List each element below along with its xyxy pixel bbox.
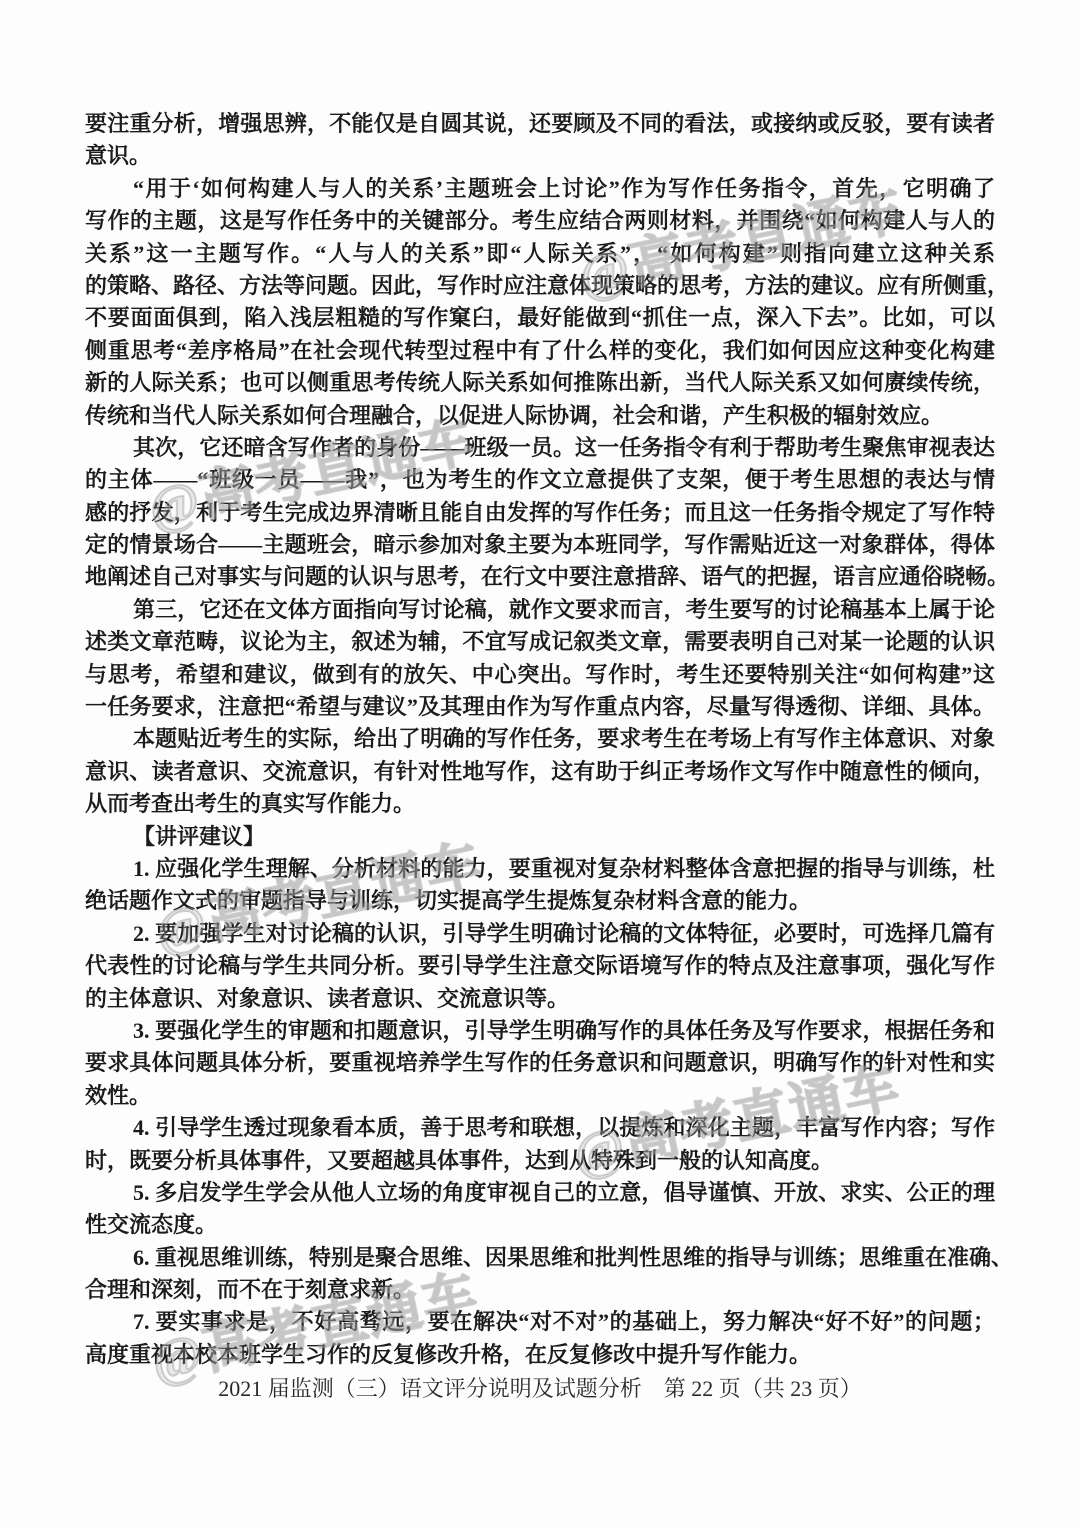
text-line: 关系”这一主题写作。“人与人的关系”即“人际关系”，“如何构建”则指向建立这种关… (85, 238, 995, 270)
text-line: 代表性的讨论稿与学生共同分析。要引导学生注意交际语境写作的特点及注意事项，强化写… (85, 950, 995, 982)
text-line: 6. 重视思维训练，特别是聚合思维、因果思维和批判性思维的指导与训练；思维重在准… (85, 1242, 995, 1274)
text-line: 定的情景场合——主题班会，暗示参加对象主要为本班同学，写作需贴近这一对象群体，得… (85, 529, 995, 561)
text-line: 要求具体问题具体分析，要重视培养学生写作的任务意识和问题意识，明确写作的针对性和… (85, 1047, 995, 1079)
text-line: 其次，它还暗含写作者的身份——班级一员。这一任务指令有利于帮助考生聚焦审视表达 (85, 432, 995, 464)
text-line: 2. 要加强学生对讨论稿的认识，引导学生明确讨论稿的文体特征，必要时，可选择几篇… (85, 918, 995, 950)
text-line: 一任务要求，注意把“希望与建议”及其理由作为写作重点内容，尽量写得透彻、详细、具… (85, 691, 995, 723)
text-line: 地阐述自己对事实与问题的认识与思考，在行文中要注意措辞、语气的把握，语言应通俗晓… (85, 561, 995, 593)
text-line: 与思考，希望和建议，做到有的放矢、中心突出。写作时，考生还要特别关注“如何构建”… (85, 659, 995, 691)
text-line: 从而考查出考生的真实写作能力。 (85, 788, 995, 820)
text-line: 3. 要强化学生的审题和扣题意识，引导学生明确写作的具体任务及写作要求，根据任务… (85, 1015, 995, 1047)
text-line: 的策略、路径、方法等问题。因此，写作时应注意体现策略的思考，方法的建议。应有所侧… (85, 270, 995, 302)
scanned-document-page: 要注重分析，增强思辨，不能仅是自圆其说，还要顾及不同的看法，或接纳或反驳，要有读… (0, 0, 1080, 1528)
text-line: 不要面面俱到，陷入浅层粗糙的写作窠臼，最好能做到“抓住一点，深入下去”。比如，可… (85, 302, 995, 334)
text-line: 4. 引导学生透过现象看本质，善于思考和联想，以提炼和深化主题，丰富写作内容；写… (85, 1112, 995, 1144)
text-line: “用于‘如何构建人与人的关系’主题班会上讨论”作为写作任务指令，首先，它明确了 (85, 173, 995, 205)
text-line: 的主体意识、对象意识、读者意识、交流意识等。 (85, 983, 995, 1015)
text-line: 1. 应强化学生理解、分析材料的能力，要重视对复杂材料整体含意把握的指导与训练，… (85, 853, 995, 885)
text-line: 要注重分析，增强思辨，不能仅是自圆其说，还要顾及不同的看法，或接纳或反驳，要有读… (85, 108, 995, 140)
text-line: 第三，它还在文体方面指向写讨论稿，就作文要求而言，考生要写的讨论稿基本上属于论 (85, 594, 995, 626)
text-line: 高度重视本校本班学生习作的反复修改升格，在反复修改中提升写作能力。 (85, 1339, 995, 1371)
text-line: 意识、读者意识、交流意识，有针对性地写作，这有助于纠正考场作文写作中随意性的倾向… (85, 756, 995, 788)
text-line: 新的人际关系；也可以侧重思考传统人际关系如何推陈出新，当代人际关系又如何赓续传统… (85, 367, 995, 399)
text-line: 侧重思考“差序格局”在社会现代转型过程中有了什么样的变化，我们如何因应这种变化构… (85, 335, 995, 367)
text-line: 感的抒发，利于考生完成边界清晰且能自由发挥的写作任务；而且这一任务指令规定了写作… (85, 497, 995, 529)
text-line: 述类文章范畴，议论为主，叙述为辅，不宜写成记叙类文章，需要表明自己对某一论题的认… (85, 626, 995, 658)
text-line: 的主体——“班级一员——我”，也为考生的作文立意提供了支架，便于考生思想的表达与… (85, 464, 995, 496)
text-line: 写作的主题，这是写作任务中的关键部分。考生应结合两则材料，并围绕“如何构建人与人… (85, 205, 995, 237)
text-line: 绝话题作文式的审题指导与训练，切实提高学生提炼复杂材料含意的能力。 (85, 885, 995, 917)
text-line: 时，既要分析具体事件，又要超越具体事件，达到从特殊到一般的认知高度。 (85, 1145, 995, 1177)
text-line: 效性。 (85, 1080, 995, 1112)
text-line: 合理和深刻，而不在于刻意求新。 (85, 1274, 995, 1306)
page-footer: 2021 届监测（三）语文评分说明及试题分析 第 22 页（共 23 页） (0, 1372, 1080, 1403)
text-line: 7. 要实事求是，不好高骛远，要在解决“对不对”的基础上，努力解决“好不好”的问… (85, 1306, 995, 1338)
text-line: 性交流态度。 (85, 1209, 995, 1241)
text-line: 意识。 (85, 140, 995, 172)
text-line: 本题贴近考生的实际，给出了明确的写作任务，要求考生在考场上有写作主体意识、对象 (85, 723, 995, 755)
text-line: 5. 多启发学生学会从他人立场的角度审视自己的立意，倡导谨慎、开放、求实、公正的… (85, 1177, 995, 1209)
text-line: 传统和当代人际关系如何合理融合，以促进人际协调，社会和谐，产生积极的辐射效应。 (85, 400, 995, 432)
text-line: 【讲评建议】 (85, 821, 995, 853)
text-body: 要注重分析，增强思辨，不能仅是自圆其说，还要顾及不同的看法，或接纳或反驳，要有读… (85, 108, 995, 1371)
